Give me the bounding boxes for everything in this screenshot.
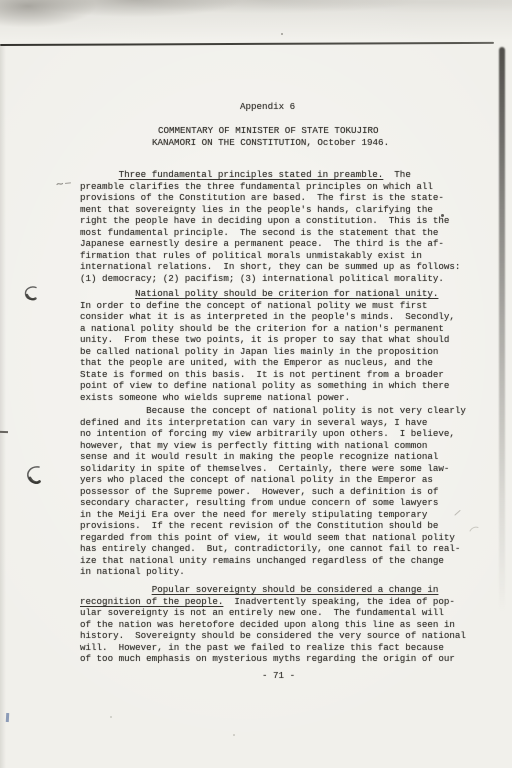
pencil-tilde-mark-icon [56,179,74,188]
scan-noise-band [0,0,512,46]
scanned-document-page: Appendix 6 COMMENTARY OF MINISTER OF STA… [0,0,512,768]
paragraph-indent [80,288,135,299]
paper-speck [233,734,235,736]
blue-edge-mark [6,713,9,722]
document-title-line-2: KANAMORI ON THE CONSTITUTION, October 19… [152,137,389,149]
appendix-label: Appendix 6 [240,101,295,113]
paragraph-text: In order to define the concept of nation… [80,300,455,403]
paragraph-heading: National polity should be criterion for … [135,288,438,299]
ink-dot [441,214,444,217]
paper-speck [110,716,112,718]
paragraph-indent [80,405,146,416]
paper-speck [122,198,124,200]
paragraph-indent [80,169,119,180]
paragraph-because-concept: Because the concept of national polity i… [80,405,466,578]
paragraph-indent [80,584,152,595]
binding-edge-shadow [499,47,505,612]
paragraph-national-polity: National polity should be criterion for … [80,288,455,403]
paragraph-text: Because the concept of national polity i… [80,405,466,577]
paragraph-three-principles: Three fundamental principles stated in p… [80,169,460,284]
left-edge-shading [0,46,6,768]
pencil-check-mark-icon [22,285,42,303]
paragraph-popular-sovereignty: Popular sovereignty should be considered… [80,584,466,665]
paragraph-text: The preamble clarifies the three fundame… [80,169,460,284]
paper-speck [281,33,283,35]
left-edge-tick-mark [0,431,8,433]
faint-pencil-marks-icon [452,508,482,538]
page-number: - 71 - [262,670,295,682]
paragraph-heading: Three fundamental principles stated in p… [119,169,384,180]
document-title-line-1: COMMENTARY OF MINISTER OF STATE TOKUJIRO [158,125,379,137]
pencil-check-mark-icon [24,464,46,488]
